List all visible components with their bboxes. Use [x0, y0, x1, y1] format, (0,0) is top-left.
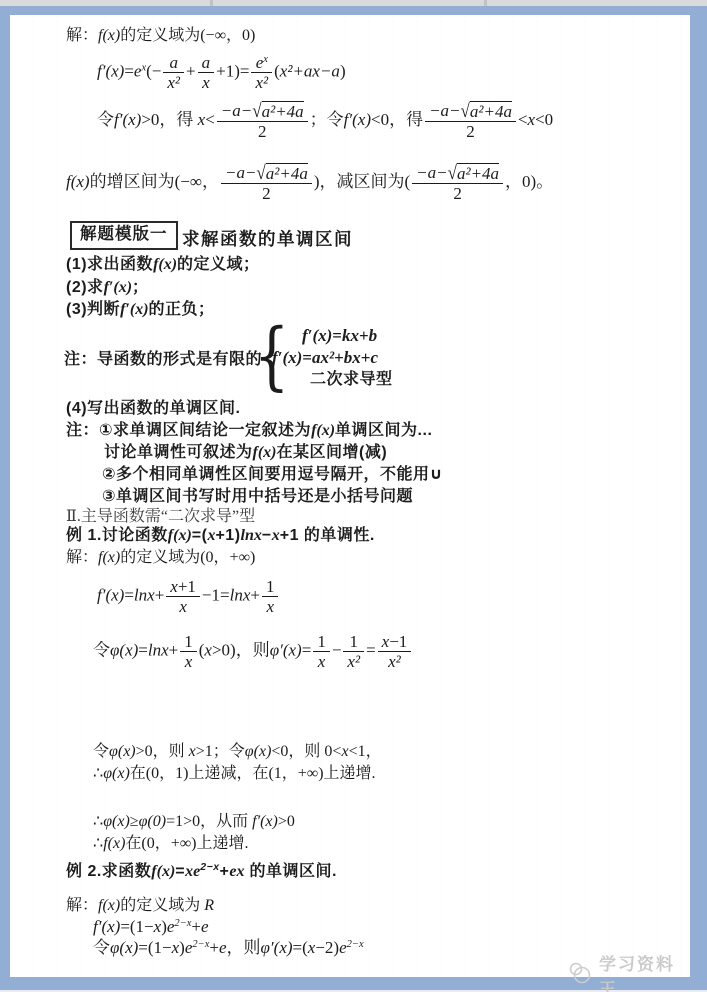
solution-domain-line: 解：f(x)的定义域为(−∞，0) — [66, 26, 255, 46]
watermark: 学习资料王 — [567, 950, 690, 992]
brace-row-3: 二次求导型 — [310, 370, 393, 390]
template-note-1: 注：①求单调区间结论一定叙述为f(x)单调区间为... — [66, 421, 432, 441]
template-step-3: (3)判断f′(x)的正负； — [66, 300, 215, 320]
example-1-formula-2: 令φ(x)=lnx+1x(x>0)，则φ′(x)=1x−1x²=x−1x² — [93, 632, 413, 671]
example-1-line-5: ∴φ(x)≥φ(0)=1>0，从而 f′(x)>0 — [93, 812, 295, 832]
template-step-2: (2)求f′(x)； — [66, 278, 149, 298]
template-note-2: ②多个相同单调性区间要用逗号隔开，不能用∪ — [102, 465, 443, 485]
page-border-left — [0, 15, 10, 977]
example-2-title: 例 2.求函数f(x)=xe2−x+ex 的单调区间. — [66, 862, 337, 882]
template-note-3: ③单调区间书写时用中括号还是小括号问题 — [102, 487, 413, 507]
example-1-line-6: ∴f(x)在(0，+∞)上递增. — [93, 834, 248, 854]
template-box-label: 解题模版一 — [70, 221, 178, 250]
formula-f-prime: f′(x)=ex(−ax²+ax+1)=exx²(x²+ax−a) — [97, 53, 346, 92]
brace-row-2: f′(x)=ax²+bx+c — [272, 347, 378, 368]
page-border-right — [690, 15, 707, 977]
example-2-formula-1: f′(x)=(1−x)e2−x+e — [93, 916, 209, 937]
example-2-domain: 解：f(x)的定义域为 R — [66, 896, 214, 916]
template-step-1: (1)求出函数f(x)的定义域； — [66, 255, 260, 275]
template-step-4: (4)写出函数的单调区间. — [66, 399, 241, 419]
example-1-line-3: 令φ(x)>0，则 x>1；令φ(x)<0，则 0<x<1， — [93, 742, 382, 762]
example-1-domain: 解：f(x)的定义域为(0，+∞) — [66, 548, 255, 568]
formula-inequality: 令f′(x)>0，得 x<−a−√a²+4a2；令f′(x)<0，得−a−√a²… — [97, 101, 553, 141]
document-viewer: 解：f(x)的定义域为(−∞，0) f′(x)=ex(−ax²+ax+1)=ex… — [0, 0, 707, 992]
document-page: 解：f(x)的定义域为(−∞，0) f′(x)=ex(−ax²+ax+1)=ex… — [10, 15, 690, 977]
brace-row-1: f′(x)=kx+b — [302, 325, 377, 346]
section-2-heading: Ⅱ.主导函数需“二次求导”型 — [66, 507, 255, 527]
example-2-formula-2: 令φ(x)=(1−x)e2−x+e，则φ′(x)=(x−2)e2−x — [93, 937, 364, 958]
example-1-line-4: ∴φ(x)在(0，1)上递减，在(1，+∞)上递增. — [93, 764, 376, 784]
template-box-container: 解题模版一 — [70, 221, 178, 250]
page-border-top — [0, 6, 707, 15]
example-1-formula-1: f′(x)=lnx+x+1x−1=lnx+1x — [97, 577, 280, 616]
watermark-label: 学习资料王 — [599, 950, 690, 992]
example-1-title: 例 1.讨论函数f(x)=(x+1)lnx−x+1 的单调性. — [66, 526, 375, 546]
watermark-logo-icon — [567, 961, 593, 990]
template-note-1b: 讨论单调性可叙述为f(x)在某区间增(减) — [104, 443, 387, 463]
template-title: 求解函数的单调区间 — [182, 229, 353, 251]
brace-note-lead: 注：导函数的形式是有限的 — [64, 350, 262, 370]
formula-intervals: f(x)的增区间为(−∞，−a−√a²+4a2)，减区间为(−a−√a²+4a2… — [66, 163, 553, 203]
